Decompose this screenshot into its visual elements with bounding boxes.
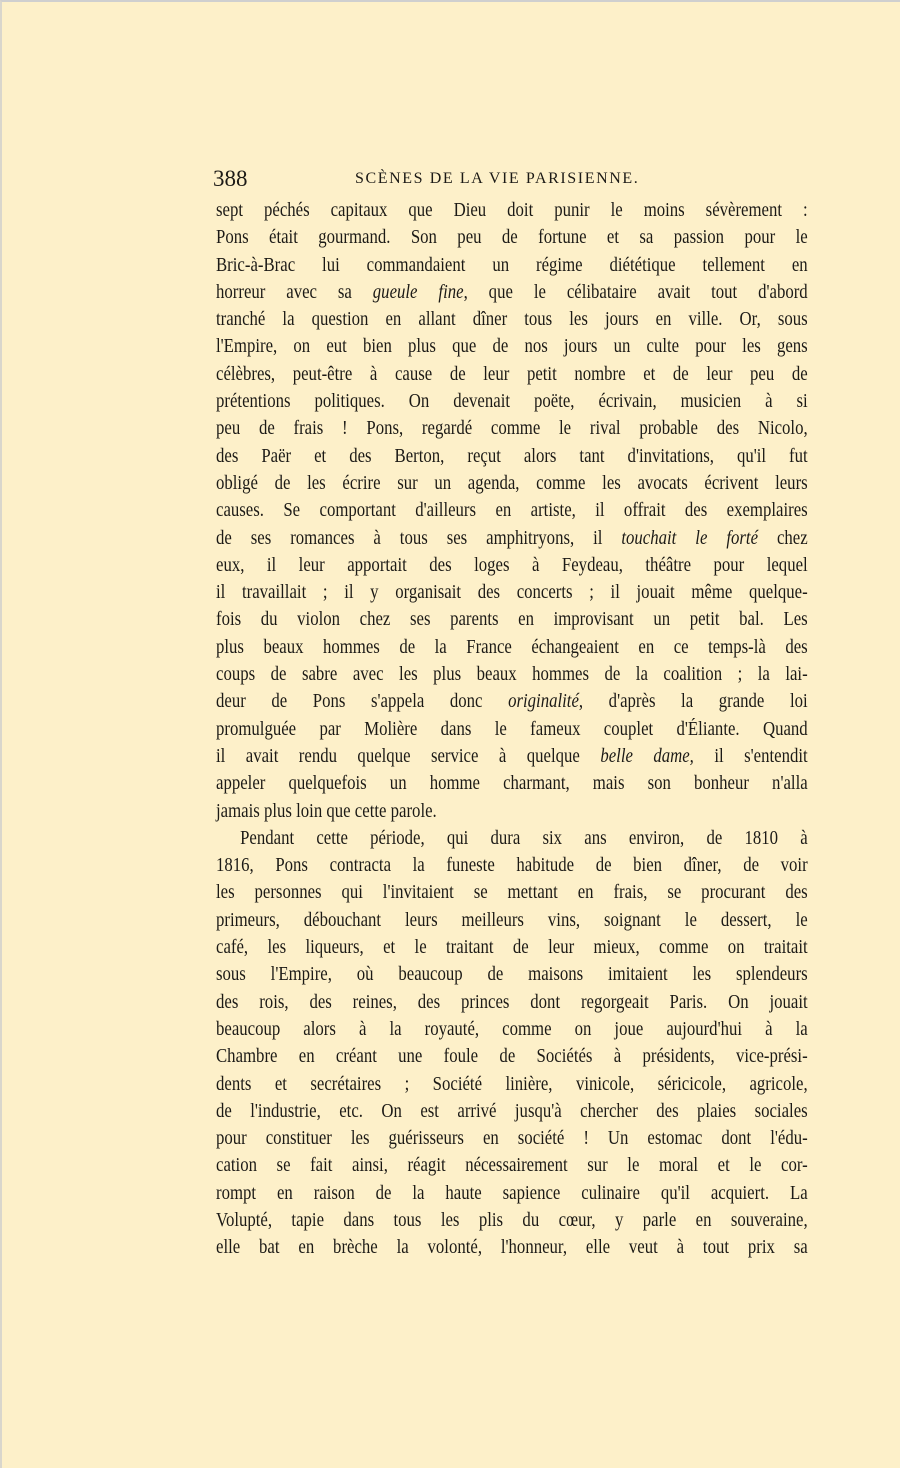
- text-line: horreur avec sa gueule fine, que le céli…: [216, 279, 808, 306]
- text-line: peu de frais ! Pons, regardé comme le ri…: [216, 415, 808, 442]
- text-line: de l'industrie, etc. On est arrivé jusqu…: [216, 1098, 808, 1125]
- text-line: eux, il leur apportait des loges à Feyde…: [216, 552, 808, 579]
- body-text: sept péchés capitaux que Dieu doit punir…: [216, 197, 808, 1262]
- text-line: 1816, Pons contracta la funeste habitude…: [216, 852, 808, 879]
- text-line: primeurs, débouchant leurs meilleurs vin…: [216, 907, 808, 934]
- text-line: des Paër et des Berton, reçut alors tant…: [216, 443, 808, 470]
- text-line: appeler quelquefois un homme charmant, m…: [216, 770, 808, 797]
- page-number: 388: [213, 166, 248, 192]
- text-line: promulguée par Molière dans le fameux co…: [216, 716, 808, 743]
- text-segment: deur de Pons s'appela donc: [216, 691, 508, 712]
- italic-phrase: gueule fine: [373, 282, 464, 303]
- text-line: Pons était gourmand. Son peu de fortune …: [216, 224, 808, 251]
- italic-phrase: belle dame,: [600, 746, 694, 767]
- text-segment: , d'après la grande loi: [579, 691, 808, 712]
- text-line: beaucoup alors à la royauté, comme on jo…: [216, 1016, 808, 1043]
- text-line: sept péchés capitaux que Dieu doit punir…: [216, 197, 808, 224]
- running-head: 388 SCÈNES DE LA VIE PARISIENNE.: [213, 166, 808, 194]
- text-line: sous l'Empire, où beaucoup de maisons im…: [216, 961, 808, 988]
- text-line: cation se fait ainsi, réagit nécessairem…: [216, 1152, 808, 1179]
- text-line: Pendant cette période, qui dura six ans …: [216, 825, 808, 852]
- text-line: de ses romances à tous ses amphitryons, …: [216, 525, 808, 552]
- text-line: coups de sabre avec les plus beaux homme…: [216, 661, 808, 688]
- text-segment: chez: [758, 528, 808, 549]
- text-line: tranché la question en allant dîner tous…: [216, 306, 808, 333]
- text-line: Chambre en créant une foule de Sociétés …: [216, 1043, 808, 1070]
- text-line: plus beaux hommes de la France échangeai…: [216, 634, 808, 661]
- italic-phrase: touchait le forté: [621, 528, 758, 549]
- text-line: elle bat en brèche la volonté, l'honneur…: [216, 1234, 808, 1261]
- text-line: obligé de les écrire sur un agenda, comm…: [216, 470, 808, 497]
- text-segment: il s'entendit: [694, 746, 808, 767]
- text-line: dents et secrétaires ; Société linière, …: [216, 1071, 808, 1098]
- text-line: les personnes qui l'invitaient se mettan…: [216, 879, 808, 906]
- text-line: causes. Se comportant d'ailleurs en arti…: [216, 497, 808, 524]
- text-segment: horreur avec sa: [216, 282, 373, 303]
- text-line: des rois, des reines, des princes dont r…: [216, 989, 808, 1016]
- text-segment: il avait rendu quelque service à quelque: [216, 746, 600, 767]
- text-line: il travaillait ; il y organisait des con…: [216, 579, 808, 606]
- text-line: jamais plus loin que cette parole.: [216, 798, 808, 825]
- text-line: il avait rendu quelque service à quelque…: [216, 743, 808, 770]
- text-line: Volupté, tapie dans tous les plis du cœu…: [216, 1207, 808, 1234]
- text-line: célèbres, peut-être à cause de leur peti…: [216, 361, 808, 388]
- text-line: pour constituer les guérisseurs en socié…: [216, 1125, 808, 1152]
- text-segment: , que le célibataire avait tout d'abord: [464, 282, 808, 303]
- text-line: café, les liqueurs, et le traitant de le…: [216, 934, 808, 961]
- text-segment: de ses romances à tous ses amphitryons, …: [216, 528, 621, 549]
- text-line: Bric-à-Brac lui commandaient un régime d…: [216, 252, 808, 279]
- text-line: prétentions politiques. On devenait poët…: [216, 388, 808, 415]
- text-line: fois du violon chez ses parents en impro…: [216, 606, 808, 633]
- text-line: l'Empire, on eut bien plus que de nos jo…: [216, 333, 808, 360]
- italic-phrase: originalité: [508, 691, 579, 712]
- running-title: SCÈNES DE LA VIE PARISIENNE.: [355, 170, 639, 188]
- text-line: rompt en raison de la haute sapience cul…: [216, 1180, 808, 1207]
- text-line: deur de Pons s'appela donc originalité, …: [216, 688, 808, 715]
